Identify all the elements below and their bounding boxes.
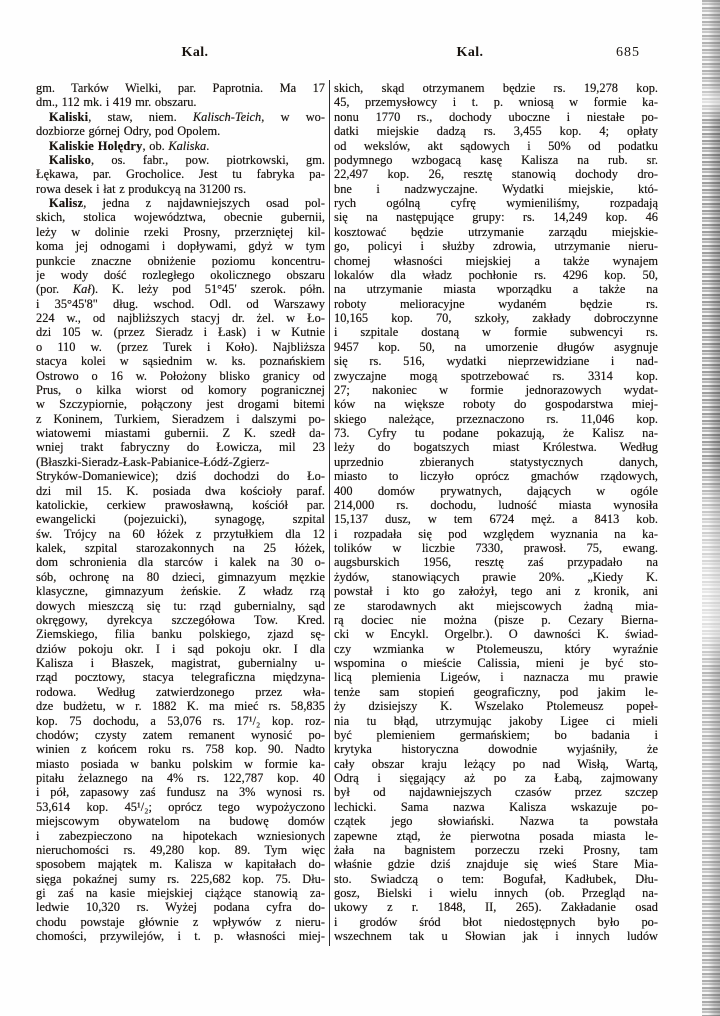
text-line: i 35°45'8" dług. wschod. Odl. od Warszaw…: [36, 297, 325, 311]
text-line: wspomina o mieście Calissia, mieni je by…: [334, 656, 658, 670]
text-line: gi zaś na kasie miejskiej ciążące stanow…: [36, 886, 325, 900]
text-line: 400 domów prywatnych, dających w ogóle: [334, 484, 658, 498]
text-line: Ziemskiego, filia banku polskiego, zjazd…: [36, 627, 325, 641]
text-line: zapewne ztąd, że pierwotna posada miasta…: [334, 829, 658, 843]
text-line: 45, przemysłowcy i t. p. wniosą w formie…: [334, 95, 658, 109]
text-line: cki w Encykl. Orgelbr.). O dawności K. ś…: [334, 627, 658, 641]
text-line: podymnego wzbogacą kasę Kalisza na rub. …: [334, 153, 658, 167]
text-line: Kalisko, os. fabr., pow. piotrkowski, gm…: [36, 153, 325, 167]
text-line: św. Trójcy na 60 łóżek z przytułkiem dla…: [36, 527, 325, 541]
text-line: rząd pocztowy, stacya telegraficzna międ…: [36, 670, 325, 684]
text-line: (Błaszki-Sieradz-Łask-Pabianice-Łódź-Zgi…: [36, 455, 325, 469]
text-line: i pół, zapasowy zaś fundusz na 3% wynosi…: [36, 785, 325, 799]
text-line: kalek, szpital starozakonnych na 25 łóże…: [36, 541, 325, 555]
text-line: leży w dolinie rzeki Prosny, przerznięte…: [36, 225, 325, 239]
text-line: rych ogólną cyfrę wymieniliśmy, rozpadaj…: [334, 196, 658, 210]
text-line: miasto to liczyło oprócz gmachów rządowy…: [334, 469, 658, 483]
text-line: (por. Kał). K. leży pod 51°45' szerok. p…: [36, 282, 325, 296]
text-line: ukowy z r. 1848, II, 265). Zakładanie os…: [334, 900, 658, 914]
text-line: ze starodawnych akt miejscowych żadną mi…: [334, 599, 658, 613]
text-line: czątek jego słowiański. Nazwa ta powstał…: [334, 814, 658, 828]
text-line: winien z końcem roku rs. 758 kop. 90. Na…: [36, 742, 325, 756]
text-line: o 110 w. (przez Turek i Koło). Najbliższ…: [36, 340, 325, 354]
text-line: stacya kolei w sąsiednim w. ks. poznańsk…: [36, 354, 325, 368]
text-line: żydów, stanowiących prawie 20%. „Kiedy K…: [334, 570, 658, 584]
text-line: właśnie gdzie dziś znajduje się wieś Sta…: [334, 857, 658, 871]
text-column-right: skich, skąd otrzymanem będzie rs. 19,278…: [334, 81, 658, 944]
text-line: sięga pokaźnej sumy rs. 225,682 kop. 75.…: [36, 872, 325, 886]
text-line: gosz, Bielski i wielu innych (ob. Przegl…: [334, 886, 658, 900]
text-line: leży do bogatszych miast Królestwa. Wedł…: [334, 440, 658, 454]
text-line: Prus, o kilka wiorst od komory pogranicz…: [36, 383, 325, 397]
text-line: i grodów śród błot niedostępnych było po…: [334, 915, 658, 929]
text-line: wszechnem tak u Słowian jak i innych lud…: [334, 929, 658, 943]
text-line: koma jej odnogami i dopływami, gdyż w ty…: [36, 239, 325, 253]
text-line: chomej własności miejskiej a także wynaj…: [334, 254, 658, 268]
text-line: 22,497 kop. 26, resztę stanowią dochody …: [334, 167, 658, 181]
text-line: je wody dość rozległego okolicznego obsz…: [36, 268, 325, 282]
text-line: augsburskich 1956, resztę zaś przypadało…: [334, 555, 658, 569]
text-line: powstał i kto go założył, tego ani z kro…: [334, 584, 658, 598]
text-line: dowych mieszczą się tu: rząd gubernialny…: [36, 599, 325, 613]
text-line: miejscowym obywatelom na budowę domów: [36, 814, 325, 828]
text-line: chodu powstaje głównie z wpływów z nieru…: [36, 915, 325, 929]
text-line: pitału żelaznego na 4% rs. 122,787 kop. …: [36, 771, 325, 785]
running-header-right: Kal.: [443, 45, 497, 61]
text-line: 27; nakoniec w formie jednorazowych wyda…: [334, 383, 658, 397]
text-line: kop. 75 dochodu, a 53,076 rs. 17¹/₂ kop.…: [36, 714, 325, 728]
text-line: na utrzymanie miasta wporządku a także n…: [334, 282, 658, 296]
text-line: punkcie znaczne obniżenie poziomu koncen…: [36, 254, 325, 268]
text-line: czy wzmianka w Ptolemeuszu, który wyraźn…: [334, 642, 658, 656]
text-line: tenże sam stopień geograficzny, pod jaki…: [334, 685, 658, 699]
text-line: 9457 kop. 50, na umorzenie długów asygnu…: [334, 340, 658, 354]
text-line: dom schronienia dla starców i kalek na 3…: [36, 555, 325, 569]
text-line: chodów; czysty zatem remanent wynosić po…: [36, 728, 325, 742]
text-column-left: gm. Tarków Wielki, par. Paprotnia. Ma 17…: [36, 81, 325, 944]
text-line: Kaliski, staw, niem. Kalisch-Teich, w wo…: [36, 110, 325, 124]
text-line: ledwie 10,320 rs. Wyżej podana cyfra do-: [36, 900, 325, 914]
text-line: się rs. 516, wydatki nieprzewidziane i n…: [334, 354, 658, 368]
text-line: Łękawa, par. Grocholice. Jest tu fabryka…: [36, 167, 325, 181]
scanned-document-page: Kal. Kal. 685 gm. Tarków Wielki, par. Pa…: [0, 0, 720, 1016]
text-line: okręgowy, dyrekcya szczegółowa Tow. Kred…: [36, 613, 325, 627]
text-line: Ostrowo o 16 w. Położony blisko granicy …: [36, 369, 325, 383]
text-line: 214,000 rs. dochodu, ludność miasta wyno…: [334, 498, 658, 512]
text-line: Stryków-Domaniewice); dziś dochodzi do Ł…: [36, 469, 325, 483]
text-line: 73. Cyfry tu podane pokazują, że Kalisz …: [334, 426, 658, 440]
text-line: datki miejskie dadzą rs. 3,455 kop. 4; o…: [334, 124, 658, 138]
text-line: z Koninem, Turkiem, Sieradzem i dalszymi…: [36, 412, 325, 426]
text-line: rodowa. Według zatwierdzonego przez wła-: [36, 685, 325, 699]
text-line: skiego należące, przeznaczono rs. 11,046…: [334, 412, 658, 426]
text-line: być plemieniem germańskiem; bo badania i: [334, 728, 658, 742]
text-line: w Szczypiornie, połączony jest drogami b…: [36, 397, 325, 411]
text-line: licą plemienia Ligeów, i naznacza mu pra…: [334, 670, 658, 684]
text-line: roboty melioracyjne wydaném będzie rs.: [334, 297, 658, 311]
text-line: sto. Swiadczą o tem: Bogufał, Kadłubek, …: [334, 872, 658, 886]
column-divider-rule: [329, 80, 330, 946]
text-line: nieruchomości rs. 49,280 kop. 89. Tym wi…: [36, 843, 325, 857]
text-line: lechicki. Sama nazwa Kalisza wskazuje po…: [334, 800, 658, 814]
text-line: od wekslów, akt sądowych i 50% od podatk…: [334, 139, 658, 153]
text-line: i zabezpieczono na hipotekach wzniesiony…: [36, 829, 325, 843]
text-line: cały obszar kraju leżący po nad Wisłą, W…: [334, 757, 658, 771]
text-line: Kalisza i Błaszek, magistrat, gubernialn…: [36, 656, 325, 670]
text-line: miasto posiada w banku polskim w formie …: [36, 757, 325, 771]
text-line: lokalów dla władz pochłonie rs. 4296 kop…: [334, 268, 658, 282]
text-line: katolickie, cerkiew prawosławną, kościół…: [36, 498, 325, 512]
text-line: 224 w., od najbliższych stacyj dr. żel. …: [36, 311, 325, 325]
text-line: 15,137 dusz, w tem 6724 męż. a 8413 kob.: [334, 512, 658, 526]
text-line: 53,614 kop. 45¹/₂; oprócz tego wypożyczo…: [36, 800, 325, 814]
text-line: wniej trakt fabryczny do Łowicza, mil 23: [36, 440, 325, 454]
text-line: sób, ochronę na 80 dzieci, gimnazyum męz…: [36, 570, 325, 584]
text-line: ewangelicki (pojezuicki), synagogę, szpi…: [36, 512, 325, 526]
text-line: krytyka historyczna dowodnie wyjaśniły, …: [334, 742, 658, 756]
text-line: się na następujące grupy: rs. 14,249 kop…: [334, 210, 658, 224]
page-number: 685: [603, 45, 653, 61]
text-line: chomości, przywilejów, i t. p. własności…: [36, 929, 325, 943]
text-line: Kalisz, jedna z najdawniejszych osad pol…: [36, 196, 325, 210]
text-line: żała na bagnistem porzeczu rzeki Prosny,…: [334, 843, 658, 857]
text-line: tolików w liczbie 7330, prawosł. 75, ewa…: [334, 541, 658, 555]
text-line: nia tu błąd, utrzymując jakoby Ligee ci …: [334, 714, 658, 728]
text-line: dozbiorze górnej Odry, pod Opolem.: [36, 124, 325, 138]
text-line: dm., 112 mk. i 419 mr. obszaru.: [36, 95, 325, 109]
scan-edge-artifact: [702, 0, 720, 1016]
text-line: bne i nadzwyczajne. Wydatki miejskie, kt…: [334, 182, 658, 196]
running-header-left: Kal.: [168, 45, 222, 61]
text-line: i szpitale dostaną w formie subwencyi rs…: [334, 325, 658, 339]
text-line: skich, stolica województwa, obecnie gube…: [36, 210, 325, 224]
text-line: skich, skąd otrzymanem będzie rs. 19,278…: [334, 81, 658, 95]
text-line: rowa desek i łat z produkcyą na 31200 rs…: [36, 182, 325, 196]
text-line: sposobem majątek m. Kalisza w kapitałach…: [36, 857, 325, 871]
text-line: Odrą i sięgający aż po za Łabą, zajmowan…: [334, 771, 658, 785]
text-line: był od najdawniejszych czasów przez szcz…: [334, 785, 658, 799]
text-line: nonu 1770 rs., dochody uboczne i niestał…: [334, 110, 658, 124]
text-line: ków na większe roboty do gospodarstwa mi…: [334, 397, 658, 411]
text-line: 10,165 kop. 70, szkoły, zakłady dobroczy…: [334, 311, 658, 325]
text-line: zwyczajne mogą spotrzebować rs. 3314 kop…: [334, 369, 658, 383]
text-line: i rozpadała się pod względem wyznania na…: [334, 527, 658, 541]
text-line: uprzednio zbieranych statystycznych dany…: [334, 455, 658, 469]
text-line: dzi mil 15. K. posiada dwa kościoły para…: [36, 484, 325, 498]
text-line: klasyczne, gimnazyum żeńskie. Z władz rz…: [36, 584, 325, 598]
text-line: go, policyi i służby zdrowia, utrzymanie…: [334, 239, 658, 253]
text-line: dziów pokoju okr. I i sąd pokoju okr. I …: [36, 642, 325, 656]
text-line: dze budżetu, w r. 1882 K. ma mieć rs. 58…: [36, 699, 325, 713]
text-line: wiatowemi miastami gubernii. Z K. szedł …: [36, 426, 325, 440]
text-line: rą dociec nie można (pisze p. Cezary Bie…: [334, 613, 658, 627]
text-line: gm. Tarków Wielki, par. Paprotnia. Ma 17: [36, 81, 325, 95]
text-line: Kaliskie Holędry, ob. Kaliska.: [36, 139, 325, 153]
text-line: ży dzisiejszy K. Wszelako Ptolemeusz pop…: [334, 699, 658, 713]
text-line: kosztować będzie utrzymanie zarządu miej…: [334, 225, 658, 239]
text-line: dzi 105 w. (przez Sieradz i Łask) i w Ku…: [36, 325, 325, 339]
